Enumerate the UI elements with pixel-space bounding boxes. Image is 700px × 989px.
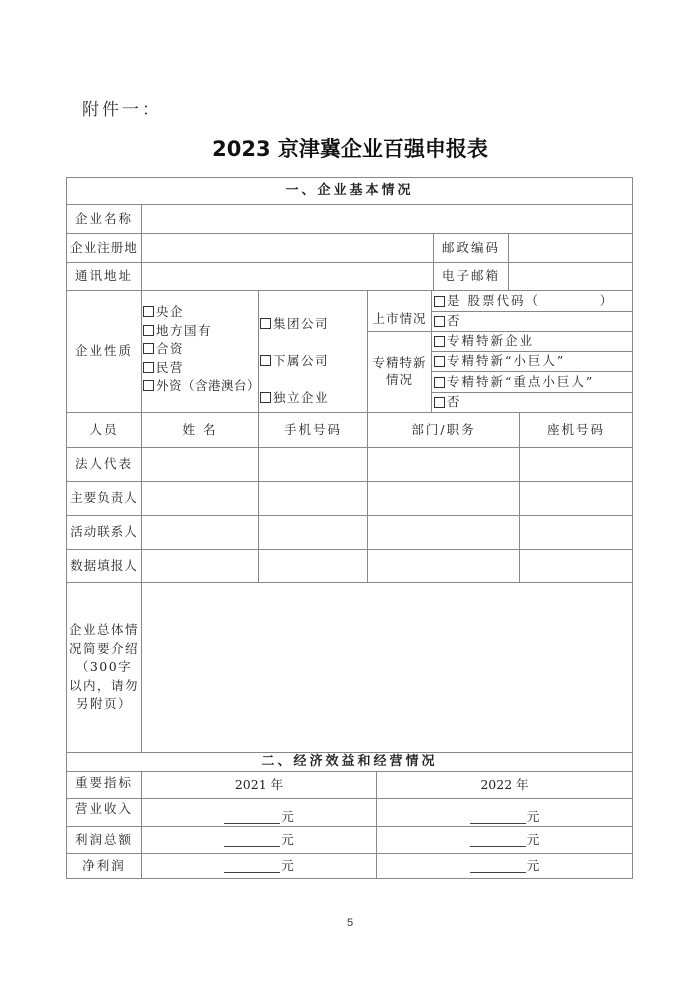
checkbox-icon [434, 377, 445, 388]
personnel-header-name: 姓 名 [141, 412, 259, 448]
personnel-header-landline: 座机号码 [519, 412, 633, 448]
blank-line [470, 834, 526, 847]
checkbox-specialized-no[interactable]: 否 [431, 392, 633, 413]
checkbox-icon [143, 306, 154, 317]
personnel-row-label: 法人代表 [66, 447, 142, 482]
checkbox-key-little-giant[interactable]: 专精特新“重点小巨人” [431, 371, 633, 393]
personnel-header-mobile: 手机号码 [258, 412, 368, 448]
checkbox-icon [260, 392, 271, 403]
contact-landline-field[interactable] [519, 515, 633, 550]
postal-code-field[interactable] [508, 233, 633, 263]
nature-options-group-1: 央企 地方国有 合资 民营 外资（含港澳台） [143, 303, 261, 396]
postal-code-label: 邮政编码 [433, 233, 509, 263]
personnel-row-label: 数据填报人 [66, 549, 142, 583]
checkbox-icon [434, 397, 445, 408]
principal-department-field[interactable] [367, 481, 520, 516]
checkbox-local-soe[interactable]: 地方国有 [143, 322, 261, 341]
contact-mobile-field[interactable] [258, 515, 368, 550]
contact-department-field[interactable] [367, 515, 520, 550]
year-2022-header: 2022 年 [376, 771, 633, 799]
nature-label: 企业性质 [66, 290, 142, 413]
attachment-label: 附件一： [82, 95, 162, 120]
section1-title: 一、企业基本情况 [66, 177, 633, 205]
registered-address-field[interactable] [141, 233, 434, 263]
company-name-field[interactable] [141, 204, 633, 234]
checkbox-foreign[interactable]: 外资（含港澳台） [143, 377, 261, 396]
blank-line [470, 811, 526, 824]
revenue-label: 营业收入 [66, 798, 142, 827]
legal-rep-mobile-field[interactable] [258, 447, 368, 482]
personnel-header-department: 部门/职务 [367, 412, 520, 448]
checkbox-icon [434, 336, 445, 347]
checkbox-subsidiary[interactable]: 下属公司 [260, 342, 368, 379]
personnel-row-label: 主要负责人 [66, 481, 142, 516]
company-name-label: 企业名称 [66, 204, 142, 234]
personnel-header-role: 人员 [66, 412, 142, 448]
checkbox-icon [143, 325, 154, 336]
principal-mobile-field[interactable] [258, 481, 368, 516]
email-label: 电子邮箱 [433, 262, 509, 291]
checkbox-listed-yes[interactable]: 是 股票代码（ ） [431, 290, 633, 312]
legal-rep-department-field[interactable] [367, 447, 520, 482]
mailing-address-field[interactable] [141, 262, 434, 291]
net-profit-2021-field[interactable]: 元 [141, 853, 377, 879]
listing-label: 上市情况 [367, 290, 432, 332]
reporter-name-field[interactable] [141, 549, 259, 583]
legal-rep-landline-field[interactable] [519, 447, 633, 482]
total-profit-2022-field[interactable]: 元 [376, 826, 633, 854]
specialized-label: 专精特新情况 [367, 331, 432, 413]
principal-landline-field[interactable] [519, 481, 633, 516]
summary-field[interactable] [141, 582, 633, 753]
page-number: 5 [0, 917, 700, 929]
mailing-address-label: 通讯地址 [66, 262, 142, 291]
legal-rep-name-field[interactable] [141, 447, 259, 482]
blank-line [470, 860, 526, 873]
nature-options-group-2: 集团公司 下属公司 独立企业 [260, 305, 368, 416]
blank-line [224, 834, 280, 847]
reporter-mobile-field[interactable] [258, 549, 368, 583]
checkbox-icon [434, 356, 445, 367]
checkbox-independent[interactable]: 独立企业 [260, 379, 368, 416]
checkbox-icon [434, 316, 445, 327]
blank-line [224, 860, 280, 873]
net-profit-2022-field[interactable]: 元 [376, 853, 633, 879]
checkbox-private[interactable]: 民营 [143, 359, 261, 378]
checkbox-icon [260, 318, 271, 329]
total-profit-label: 利润总额 [66, 826, 142, 854]
checkbox-central-soe[interactable]: 央企 [143, 303, 261, 322]
revenue-2021-field[interactable]: 元 [141, 798, 377, 827]
checkbox-listed-no[interactable]: 否 [431, 311, 633, 332]
blank-line [224, 811, 280, 824]
checkbox-specialized[interactable]: 专精特新企业 [431, 331, 633, 352]
reporter-department-field[interactable] [367, 549, 520, 583]
checkbox-joint-venture[interactable]: 合资 [143, 340, 261, 359]
personnel-row-label: 活动联系人 [66, 515, 142, 550]
checkbox-little-giant[interactable]: 专精特新“小巨人” [431, 351, 633, 372]
summary-label: 企业总体情况简要介绍（300字以内，请勿另附页） [66, 582, 142, 753]
revenue-2022-field[interactable]: 元 [376, 798, 633, 827]
indicator-header: 重要指标 [66, 771, 142, 799]
section2-title: 二、经济效益和经营情况 [66, 752, 633, 772]
contact-name-field[interactable] [141, 515, 259, 550]
checkbox-icon [143, 343, 154, 354]
checkbox-icon [434, 296, 445, 307]
checkbox-icon [143, 362, 154, 373]
registered-address-label: 企业注册地 [66, 233, 142, 263]
checkbox-group-company[interactable]: 集团公司 [260, 305, 368, 342]
form-title: 2023 京津冀企业百强申报表 [0, 133, 700, 163]
total-profit-2021-field[interactable]: 元 [141, 826, 377, 854]
checkbox-icon [143, 380, 154, 391]
email-field[interactable] [508, 262, 633, 291]
reporter-landline-field[interactable] [519, 549, 633, 583]
net-profit-label: 净利润 [66, 853, 142, 879]
year-2021-header: 2021 年 [141, 771, 377, 799]
checkbox-icon [260, 355, 271, 366]
principal-name-field[interactable] [141, 481, 259, 516]
